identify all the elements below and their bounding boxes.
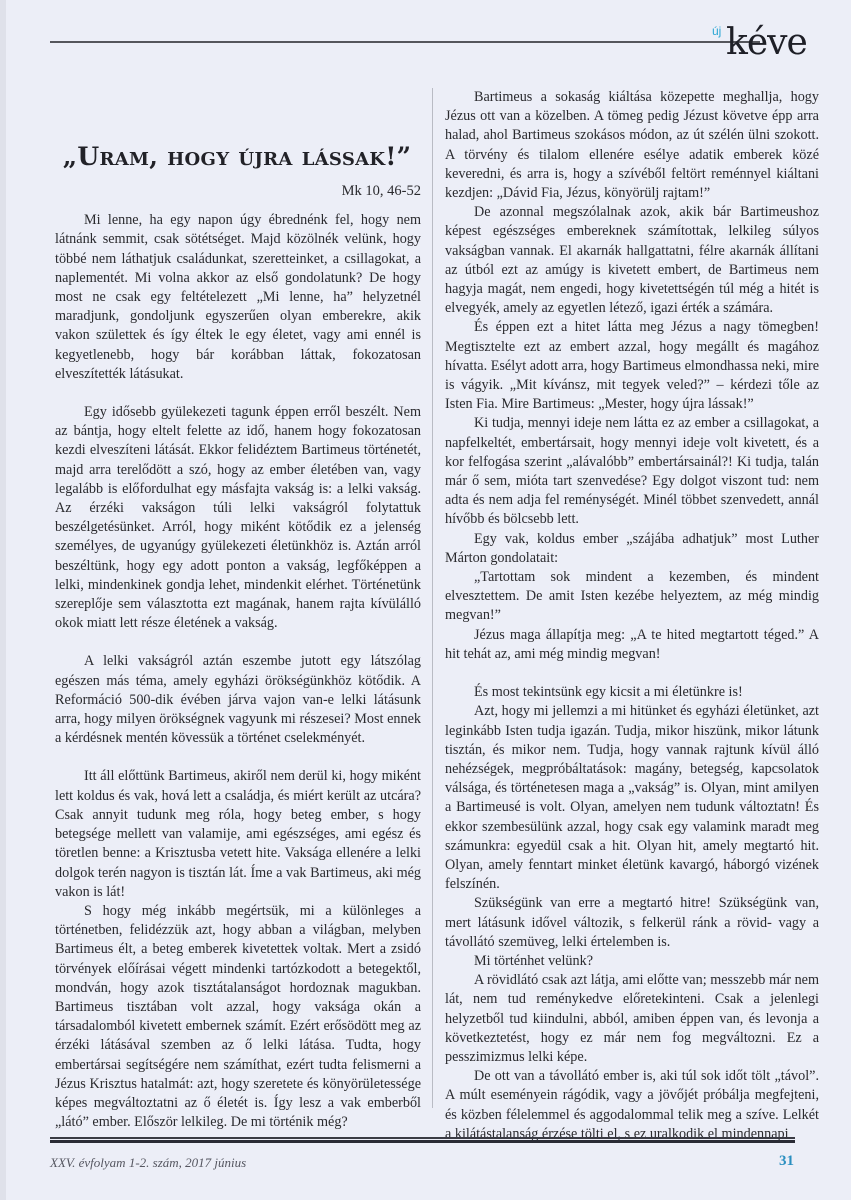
paragraph: Mi történhet velünk? bbox=[445, 952, 819, 971]
header-rule bbox=[50, 41, 760, 43]
paragraph: S hogy még inkább megértsük, mi a különl… bbox=[55, 902, 421, 1132]
page-edge bbox=[0, 0, 6, 1200]
paragraph: Jézus maga állapítja meg: „A te hited me… bbox=[445, 626, 819, 664]
left-column: „Uram, hogy újra lássak!” Mk 10, 46-52 M… bbox=[55, 140, 421, 1132]
issue-info: XXV. évfolyam 1-2. szám, 2017 június bbox=[50, 1155, 246, 1171]
paragraph: A lelki vakságról aztán eszembe jutott e… bbox=[55, 652, 421, 748]
paragraph: De ott van a távollátó ember is, aki túl… bbox=[445, 1067, 819, 1144]
page-number: 31 bbox=[779, 1153, 794, 1170]
paragraph: A rövidlátó csak azt látja, ami előtte v… bbox=[445, 971, 819, 1067]
paragraph: Itt áll előttünk Bartimeus, akiről nem d… bbox=[55, 767, 421, 901]
paragraph: Szükségünk van erre a megtartó hitre! Sz… bbox=[445, 894, 819, 952]
paragraph: És éppen ezt a hitet látta meg Jézus a n… bbox=[445, 318, 819, 414]
paragraph: Ki tudja, mennyi ideje nem látta ez az e… bbox=[445, 414, 819, 529]
right-column: Bartimeus a sokaság kiáltása közepette m… bbox=[445, 88, 819, 1144]
paragraph: Mi lenne, ha egy napon úgy ébrednénk fel… bbox=[55, 211, 421, 384]
footer-rule bbox=[50, 1137, 795, 1143]
paragraph: Azt, hogy mi jellemzi a mi hitünket és e… bbox=[445, 702, 819, 894]
article-title: „Uram, hogy újra lássak!” bbox=[53, 140, 421, 174]
logo-prefix: új bbox=[712, 24, 721, 38]
scripture-reference: Mk 10, 46-52 bbox=[55, 182, 421, 201]
logo-title: kéve bbox=[726, 22, 807, 63]
paragraph: Bartimeus a sokaság kiáltása közepette m… bbox=[445, 88, 819, 203]
quote-paragraph: „Tartottam sok mindent a kezemben, és mi… bbox=[445, 568, 819, 626]
paragraph: És most tekintsünk egy kicsit a mi életü… bbox=[445, 683, 819, 702]
paragraph: De azonnal megszólalnak azok, akik bár B… bbox=[445, 203, 819, 318]
paragraph: Egy idősebb gyülekezeti tagunk éppen err… bbox=[55, 403, 421, 633]
column-divider bbox=[432, 88, 433, 1108]
paragraph: Egy vak, koldus ember „szájába adhatjuk”… bbox=[445, 530, 819, 568]
